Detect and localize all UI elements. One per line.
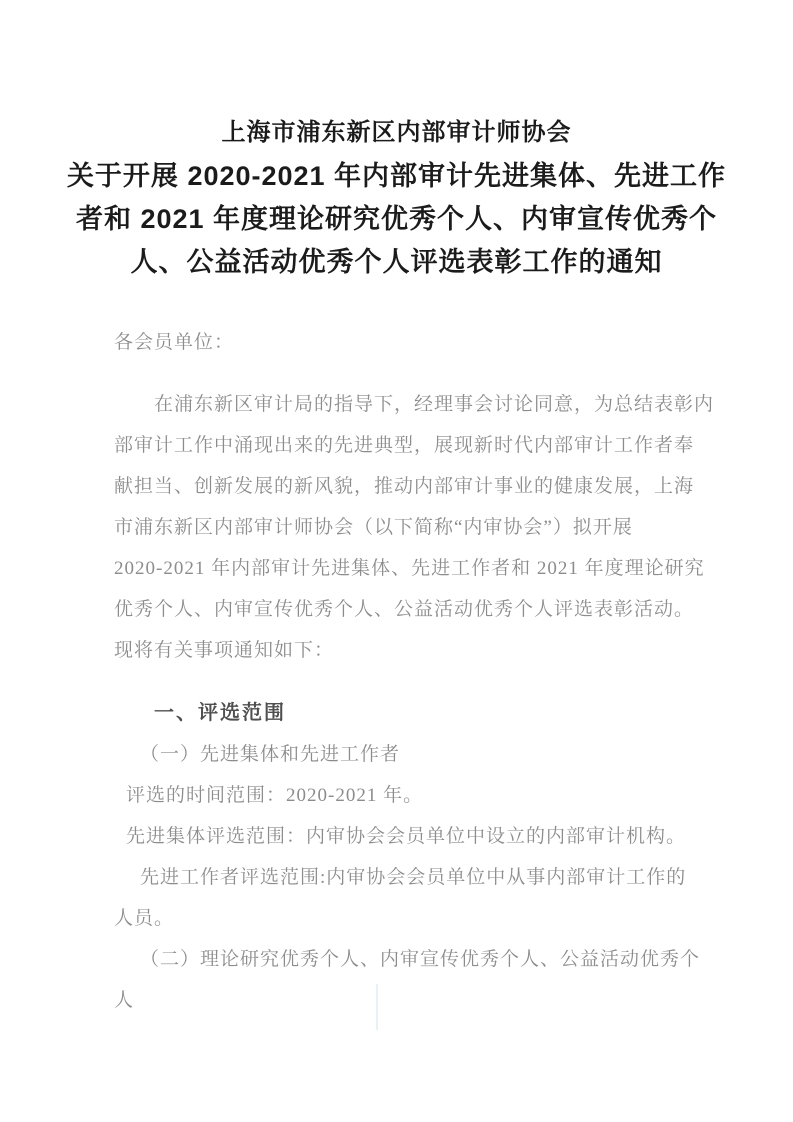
notice-title-line: 人、公益活动优秀个人评选表彰工作的通知: [114, 241, 679, 284]
document-content: 上海市浦东新区内部审计师协会 关于开展 2020-2021 年内部审计先进集体、…: [0, 0, 793, 1021]
intro-paragraph: 在浦东新区审计局的指导下，经理事会讨论同意，为总结表彰内 部审计工作中涌现出来的…: [114, 384, 679, 671]
body-line: 评选的时间范围：2020-2021 年。: [114, 775, 679, 816]
body-line: 人: [114, 980, 679, 1021]
intro-line: 2020-2021 年内部审计先进集体、先进工作者和 2021 年度理论研究: [114, 548, 679, 589]
intro-line: 市浦东新区内部审计师协会（以下简称“内审协会”）拟开展: [114, 507, 679, 548]
subsection-heading: （二）理论研究优秀个人、内审宣传优秀个人、公益活动优秀个: [114, 939, 679, 980]
notice-title-line: 关于开展 2020-2021 年内部审计先进集体、先进工作: [114, 155, 679, 198]
intro-line: 部审计工作中涌现出来的先进典型，展现新时代内部审计工作者奉: [114, 425, 679, 466]
intro-line: 在浦东新区审计局的指导下，经理事会讨论同意，为总结表彰内: [114, 384, 679, 425]
subsection-heading: （一）先进集体和先进工作者: [114, 734, 679, 775]
body-line: 先进集体评选范围：内审协会会员单位中设立的内部审计机构。: [114, 816, 679, 857]
intro-line: 优秀个人、内审宣传优秀个人、公益活动优秀个人评选表彰活动。: [114, 589, 679, 630]
document-page: 上海市浦东新区内部审计师协会 关于开展 2020-2021 年内部审计先进集体、…: [0, 0, 793, 1122]
section-heading: 一、评选范围: [114, 693, 679, 734]
org-title: 上海市浦东新区内部审计师协会: [114, 110, 679, 155]
salutation: 各会员单位：: [114, 322, 679, 363]
body-line: 人员。: [114, 898, 679, 939]
notice-title-block: 上海市浦东新区内部审计师协会 关于开展 2020-2021 年内部审计先进集体、…: [114, 110, 679, 284]
notice-title-line: 者和 2021 年度理论研究优秀个人、内审宣传优秀个: [114, 198, 679, 241]
body-line: 先进工作者评选范围:内审协会会员单位中从事内部审计工作的: [114, 857, 679, 898]
intro-line: 现将有关事项通知如下：: [114, 630, 679, 671]
scan-artifact-line: [376, 984, 378, 1030]
intro-line: 献担当、创新发展的新风貌，推动内部审计事业的健康发展，上海: [114, 466, 679, 507]
